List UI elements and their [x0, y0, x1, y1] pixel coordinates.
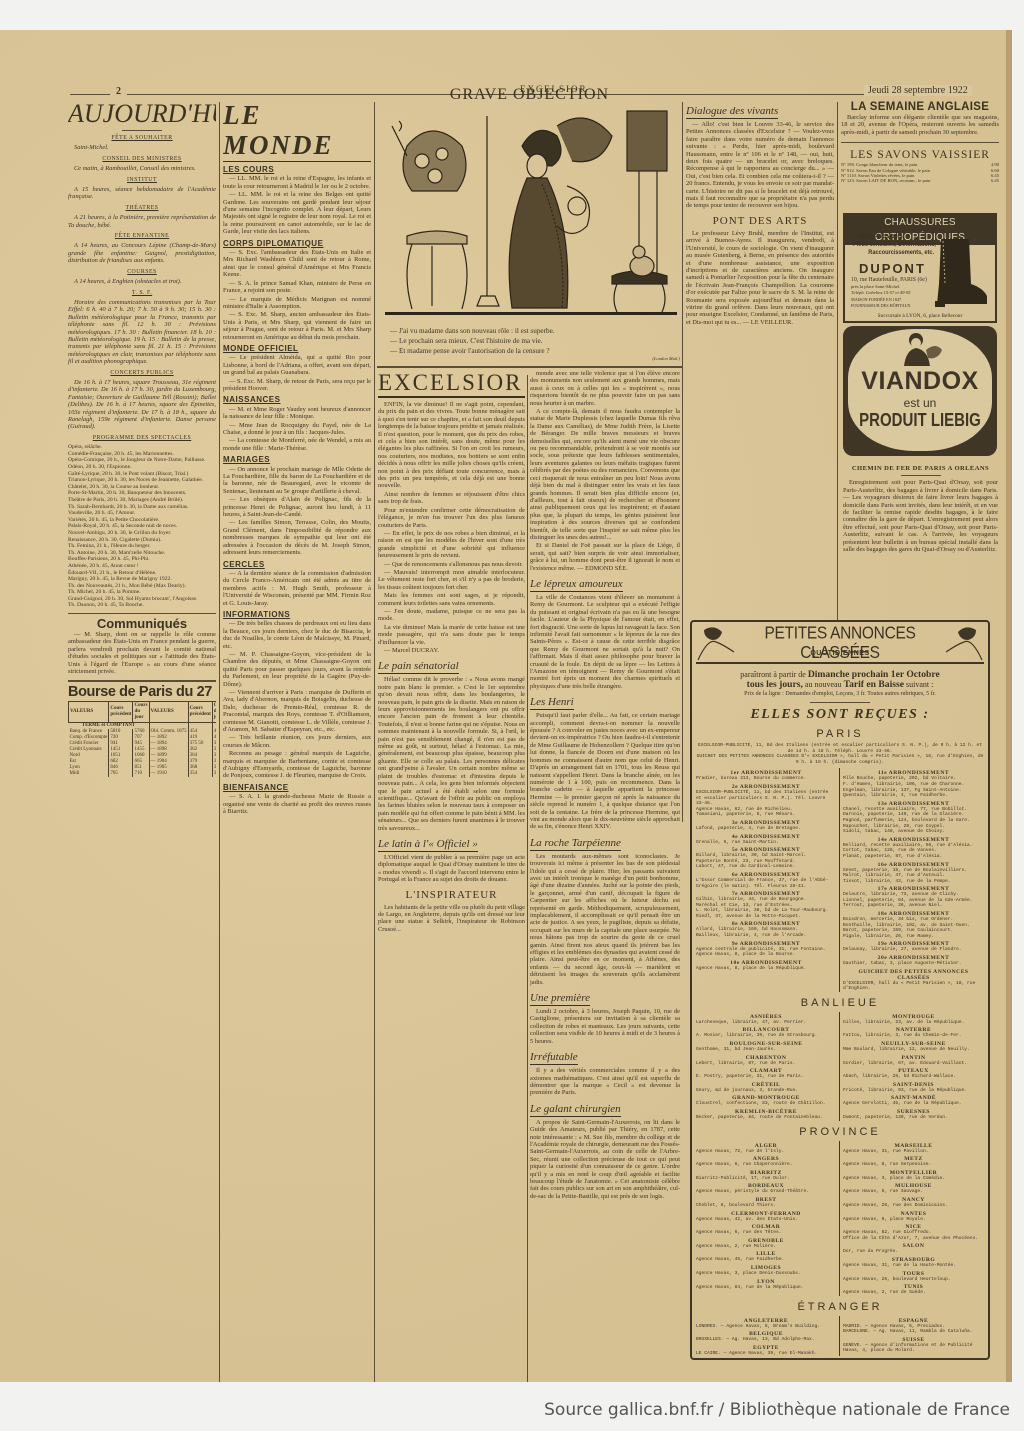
petites-annonces-box: PETITES ANNONCES CLASSÉES QUOTIDIENNES p…	[690, 620, 990, 1360]
news-paragraph: — S. A. I. la grande-duchesse Marie de R…	[223, 793, 371, 815]
article-henri-title: Les Henri	[530, 695, 574, 710]
excelsior-continuation: monde avec une telle violence que si l'o…	[530, 370, 680, 572]
chaussures-lines: Pour Pieds-bots, Pieds sensibles, Déform…	[853, 233, 936, 257]
notice-text: suivant :	[906, 680, 933, 689]
article-irrefutable-title: Irréfutable	[530, 1050, 578, 1065]
listing-entry: Bailleux, librairie, 4, rue de l'Arcade.	[696, 933, 836, 939]
viandox-ad: VIANDOX est un PRODUIT LIEBIG	[843, 326, 997, 456]
article-paragraph: La vie diminue! Mais la marée de cette b…	[378, 624, 525, 646]
section-heading: NAISSANCES	[223, 396, 371, 403]
bourse-row: Banq. de France58105760Obl. Comm. 187545…	[69, 729, 217, 735]
grave-objection-title: GRAVE OBJECTION	[377, 86, 682, 104]
news-paragraph: — S. Exc. l'ambassadeur des États-Unis e…	[223, 249, 371, 279]
news-paragraph: — Le président Alméida, qui a quitté Rio…	[223, 354, 371, 376]
section-heading: LES COURS	[223, 166, 371, 173]
bourse-column-header: Cours du jour	[133, 701, 149, 722]
article-dialogue-title: Dialogue des vivants	[686, 104, 778, 119]
savon-price: 6.45	[991, 178, 999, 183]
ornament-rule	[810, 702, 870, 703]
listing-entry: Tomasiani, papeterie, 8, rue Ménars.	[696, 812, 836, 818]
listing-entry: Planat, papeterie, 87, rue d'Alésia.	[843, 854, 984, 860]
spectacle-entry: Th. Femina, 21 h., l'Heure du berger.	[68, 543, 216, 550]
region-paris: PARIS	[696, 728, 984, 740]
article-irrefutable-text: Il y a des vérités commerciales comme il…	[530, 1067, 680, 1097]
boot-icon	[931, 237, 989, 307]
chef-figure-icon	[898, 330, 946, 366]
article-pain: Le pain sénatorialHélas! comme dit le pr…	[378, 655, 525, 832]
spectacle-entry: Édouard-VII, 21 h., le Retour d'Hélène.	[68, 570, 216, 577]
section-heading: INSTITUT	[68, 177, 216, 184]
section-heading: PROGRAMME DES SPECTACLES	[68, 435, 216, 442]
region-etranger: ÉTRANGER	[696, 1301, 984, 1313]
article-paragraph: Ainsi nombre de femmes se réjouissent d'…	[378, 491, 525, 506]
listing-entry: Cloustrel, confections, 83, route de Châ…	[696, 1101, 836, 1107]
lemonde-column: LE MONDE LES COURS— LL. MM. le roi et la…	[223, 100, 371, 1390]
lemonde-sections: LES COURS— LL. MM. le roi et la reine d'…	[223, 166, 371, 816]
article-paragraph: — J'en doute, madame, puisque ce ne sera…	[378, 608, 525, 623]
listing-entry: Quentain, librairie, 4, rue Faidherbe.	[843, 793, 984, 799]
article-paragraph: — Que de renoncements s'allonsnous pas n…	[378, 561, 525, 568]
communiques-title: Communiqués	[68, 616, 216, 631]
listing-entry: Fricoté, librairie, 93, rue de la Républ…	[843, 1088, 984, 1094]
news-paragraph: — A la dernière séance de la commission …	[223, 570, 371, 607]
listing-entry: A. Mosier, librairie, 39, rue de Strasbo…	[696, 1033, 836, 1039]
spectacle-entry: Vaudeville, 20 h. 45, l'Amour.	[68, 510, 216, 517]
listing-entry: Pagnod, parfumerie, 124, boulevard de la…	[843, 818, 984, 824]
listing-entry: L'Essor Commercial de France, 37, rue de…	[696, 878, 836, 889]
section-heading: CERCLES	[223, 561, 371, 568]
listing-entry: Agence Havas, 26, boulevard Heurteloup.	[843, 1277, 984, 1283]
news-paragraph: — S. Exc. M. Sharp, de retour de Paris, …	[223, 378, 371, 393]
section-heading: MONDE OFFICIEL	[223, 345, 371, 352]
paris-intro: EXCELSIOR-PUBLICITÉ, 11, Bd des Italiens…	[696, 743, 984, 765]
spectacle-entry: Gaîté-Lyrique, 20 h. 30, le Pont volant …	[68, 471, 216, 478]
news-paragraph: — Viennent d'arriver à Paris : marquise …	[223, 689, 371, 733]
listing-entry: Choblet, 8, boulevard Thiers.	[696, 1203, 836, 1209]
bourse-cell: 354	[188, 771, 212, 777]
spectacle-entry: Th. Sarah-Bernhardt, 20 h. 30, la Dame a…	[68, 504, 216, 511]
listing-entry: Agence Havas, 31, rue Pavillon.	[843, 1149, 984, 1155]
chemin-de-fer-title: CHEMIN DE FER DE PARIS A ORLÉANS	[843, 465, 998, 472]
excelsior-column-2: monde avec une telle violence que si l'o…	[530, 370, 680, 1385]
bourse-row: Crédit Lyonnais14511455— 1898362360	[69, 747, 217, 753]
spectacle-entry: Th. Michel, 20 h. 45, la Pomme.	[68, 589, 216, 596]
viandox-brand: VIANDOX	[843, 368, 997, 395]
spectacle-entry: Odéon, 20 h. 30, l'Espionne.	[68, 464, 216, 471]
bourse-cell: — 1910	[149, 771, 188, 777]
spectacle-entry: Th. des Nouveautés, 21 h., Mon Bébé (Max…	[68, 583, 216, 590]
bourse-column-header: Cours du jour	[212, 701, 216, 722]
cartoon-illustration	[377, 106, 682, 321]
bourse-cell: 354 50	[212, 771, 216, 777]
news-paragraph: — M. P. Chassaigne-Goyon, vice-président…	[223, 651, 371, 688]
section-text: De 16 h. à 17 heures, square Trousseau, …	[68, 379, 216, 431]
listing-entry: Terrout, papeterie, 36, avenue Niel.	[843, 903, 984, 909]
listing-entry: Agence Havas, 6, place Royale.	[843, 1217, 984, 1223]
listing-entry: Agence Havas, 6, rue Chaperonnière.	[696, 1162, 836, 1168]
section-heading: COURSES	[68, 269, 216, 276]
viandox-tag: PRODUIT LIEBIG	[843, 410, 997, 430]
petites-annonces-header: PETITES ANNONCES CLASSÉES QUOTIDIENNES	[696, 622, 984, 664]
tarif-prices: Prix de la ligne : Demandes d'emploi, Le…	[696, 690, 984, 698]
listing-entry: Gilles, librairie, 23, av. de la Républi…	[843, 1020, 984, 1026]
bourse-column-header: VALEURS	[69, 701, 109, 722]
listing-entry: Agence Havas, 31, rue de la Haute-Montée…	[843, 1263, 984, 1269]
caption-line: — J'ai vu madame dans son nouveau rôle :…	[390, 326, 680, 336]
column-divider	[837, 102, 838, 622]
lemonde-title: LE MONDE	[223, 100, 371, 162]
article-paragraph: — En effet, le prix de nos robes a bien …	[378, 530, 525, 560]
article-pain-text: Hélas! comme dit le proverbe : « Nous av…	[378, 676, 525, 832]
listing-entry: Agence Havas, péristyle du Grand-Théâtre…	[696, 1189, 836, 1195]
caption-line: — Le prochain sera mieux. C'est l'histoi…	[390, 336, 680, 346]
ornament-rule	[122, 130, 162, 131]
listing-entry: Geury, md de journaux, 3, Grande-Rue.	[696, 1088, 836, 1094]
article-paragraph: — Marcel DUCRAY.	[378, 647, 525, 654]
news-paragraph: — M. et Mme Roger Vaudey sont heureux d'…	[223, 406, 371, 421]
section-heading: T. S. F.	[68, 290, 216, 297]
bourse-cell: Obl. Comm. 1875	[149, 729, 188, 735]
news-paragraph: — Les obsèques d'Alain de Polignac, fils…	[223, 496, 371, 518]
article-chirurgien-title: Le galant chirurgien	[530, 1102, 621, 1117]
news-paragraph: — S. A. le prince Samad Khan, ministre d…	[223, 280, 371, 295]
article-paragraph: Et si Daniel de Foë passait sur la place…	[530, 542, 680, 572]
article-pont-des-arts-title: PONT DES ARTS	[686, 214, 834, 228]
listing-column: ANGLETERRELONDRES. — Agence Havas, 6, Br…	[696, 1316, 840, 1357]
listing-column: ESPAGNEMADRID. — Agence Havas, 5, Precia…	[840, 1316, 984, 1357]
spectacles-list: Opéra, relâche.Comédie-Française, 20 h. …	[68, 444, 216, 609]
article-paragraph: monde avec une telle violence que si l'o…	[530, 370, 680, 407]
news-paragraph: — La comtesse de Montferré, née de Wende…	[223, 437, 371, 452]
section-heading: BIENFAISANCE	[223, 784, 371, 791]
chemin-de-fer-text: Enregistrement soit pour Paris-Quai d'Or…	[843, 479, 998, 553]
listing-entry: Dumont, papeterie, 139, rue de Verdun.	[843, 1115, 984, 1121]
listing-entry: LONDRES. — Agence Havas, 6, Bream's Buil…	[696, 1324, 836, 1330]
listing-entry: Agence Havas, 45, rue Faidherbe.	[696, 1257, 836, 1263]
article-inspirateur: L'INSPIRATEURLes habitants de la petite …	[378, 888, 525, 934]
listing-entry: Larcheveque, librairie, 47, av. Perrier.	[696, 1020, 836, 1026]
bourse-table: VALEURSCours précédentCours du jourVALEU…	[68, 701, 216, 777]
article-officiel: Le latin à l'« Officiel »L'Officiel vien…	[378, 833, 525, 884]
column-divider	[374, 102, 375, 1382]
article-premiere: Une premièreLundi 2 octobre, à 3 heures,…	[530, 987, 680, 1045]
news-paragraph: — LL. MM. le roi et la reine d'Espagne, …	[223, 175, 371, 190]
listing-entry: EXCELSIOR-PUBLICITÉ, 11, bd des Italiens…	[696, 790, 836, 807]
article-tarpeienne-text: Les moutards aux-mêmes sont iconoclastes…	[530, 853, 680, 986]
excelsior-article: ENFIN, la vie diminue! Il ne s'agit poin…	[378, 401, 525, 654]
spectacle-entry: Trianon-Lyrique, 20 h. 30, les Noces de …	[68, 477, 216, 484]
savons-title: LES SAVONS VAISSIER	[841, 149, 999, 162]
listing-column: MARSEILLEAgence Havas, 31, rue Pavillon.…	[840, 1141, 984, 1296]
section-rule	[377, 366, 682, 368]
news-paragraph: — LL. MM. le roi et la reine des Belges …	[223, 191, 371, 235]
listing-column: ASNIÈRESLarcheveque, librairie, 47, av. …	[696, 1012, 840, 1121]
aujourdhui-sections: FÊTE A SOUHAITERSaint-Michel.CONSEIL DES…	[68, 135, 216, 442]
notice-tarif: Tarif en Baisse	[844, 679, 904, 690]
listing-column: 11e ARRONDISSEMENTMlle Bouche, papeterie…	[840, 768, 984, 991]
spectacle-entry: Marigny, 20 h. 45, la Revue de Marigny 1…	[68, 576, 216, 583]
section-text: A 15 heures, séance hebdomadaire de l'Ac…	[68, 186, 216, 201]
listing-entry: Mme Boulard, librairie, 12, avenue de Ne…	[843, 1047, 984, 1053]
news-paragraph: — Le marquis de Médicis Marignan est nom…	[223, 296, 371, 311]
spectacle-entry: Opéra, relâche.	[68, 444, 216, 451]
section-heading: CONCERTS PUBLICS	[68, 370, 216, 377]
section-text: A 14 heures, à Enghien (obstacles et tro…	[68, 278, 216, 285]
listing-entry: GENÈVE. — Agence d'informations et de Pu…	[843, 1343, 984, 1354]
listing-entry: BARCELONE. — Ag. Havas, 11, Rambla de Ca…	[843, 1329, 984, 1335]
listing-entry: Agence Havas, 2, rue de Suède.	[843, 1290, 984, 1296]
spectacle-entry: Théâtre de Paris, 20 h. 30, Mariages (An…	[68, 497, 216, 504]
cartoon-captions: — J'ai vu madame dans son nouveau rôle :…	[390, 326, 680, 361]
aujourdhui-column: AUJOURD'HUI FÊTE A SOUHAITERSaint-Michel…	[68, 100, 216, 1390]
savons-price-list: Nº 198. Congo blancheur du teint, le pai…	[841, 162, 999, 184]
region-banlieue: BANLIEUE	[696, 997, 984, 1009]
listing-entry: Abach, librairie, 28, bd Richard-Wallace…	[843, 1074, 984, 1080]
spectacle-entry: Comédie-Française, 20 h. 45, les Marionn…	[68, 451, 216, 458]
listing-entry: Agence Havas, 28, rue des Dominicains.	[843, 1203, 984, 1209]
article-dialogue: Dialogue des vivants— Allo! c'est bien l…	[686, 100, 834, 210]
listing-heading: GUICHET DES PETITES ANNONCES CLASSÉES	[843, 969, 984, 981]
notice-text: paraîtront à partir de	[740, 670, 806, 679]
listing-entry: Agence Havas, 3, place Denis-Dussoubs.	[696, 1271, 836, 1277]
section-heading: FÊTE ENFANTINE	[68, 233, 216, 240]
bourse-title: Bourse de Paris du 27 septembre	[68, 684, 216, 701]
section-text: A 14 heures, au Concours Lépine (Champ-d…	[68, 242, 216, 264]
spectacle-entry: Châtelet, 20 h. 30, la Course au bonheur…	[68, 484, 216, 491]
article-lepreux-title: Le lépreux amoureux	[530, 577, 623, 592]
spectacle-entry: Athénée, 20 h. 45, Atout cœur !	[68, 563, 216, 570]
news-paragraph: — De très belles chasses de perdreaux on…	[223, 620, 371, 650]
source-credit: Source gallica.bnf.fr / Bibliothèque nat…	[544, 1400, 1010, 1420]
spectacle-entry: Opéra-Comique, 20 h., le Jongleur de Not…	[68, 457, 216, 464]
bourse-column-header: Cours précédent	[109, 701, 133, 722]
listing-entry: Delaunay, librairie, 27, avenue de Fland…	[843, 947, 984, 953]
listing-entry: Agence Havas, 42, av. des États-Unis.	[696, 1217, 836, 1223]
section-rule	[841, 142, 999, 143]
listing-entry: Fattou, librairie, 3, rue du Chemin-de-F…	[843, 1033, 984, 1039]
paris-listings: 1er ARRONDISSEMENTPradier, bureau 313, B…	[696, 768, 984, 991]
news-paragraph: — Les familles Simon, Terrasse, Colin, d…	[223, 519, 371, 556]
section-heading: MARIAGES	[223, 456, 371, 463]
tarif-notice: paraîtront à partir de Dimanche prochain…	[696, 670, 984, 690]
article-paragraph: Mais les femmes ont sont sages, si je ré…	[378, 592, 525, 607]
listing-entry: Agence Havas, 2, rue Molière.	[696, 1244, 836, 1250]
news-paragraph: — Très brillante réunion, ces jours dern…	[223, 734, 371, 749]
savon-label: Nº 123. Savon LAIT DE BON, recomm., le p…	[841, 178, 930, 183]
listing-entry: Agence Gervlotti, 45, rue de la Républiq…	[843, 1101, 984, 1107]
article-officiel-text: L'Officiel vient de publier à sa premièr…	[378, 854, 525, 884]
ornament-rule	[901, 475, 941, 476]
region-province: PROVINCE	[696, 1126, 984, 1138]
listing-entry: Agence Havas, 84, rue de la République.	[696, 1285, 836, 1291]
listing-entry: Agence Havas, 8, rue Serpenoise.	[843, 1162, 984, 1168]
article-chirurgien: Le galant chirurgienA propos de Saint-Ge…	[530, 1098, 680, 1200]
bourse-cell: 710	[133, 771, 149, 777]
listing-entry: Agence Havas, 6, rue Sauvage.	[843, 1189, 984, 1195]
listing-entry: Agence Havas, 6, rue des Têtes.	[696, 1230, 836, 1236]
article-paragraph: ENFIN, la vie diminue! Il ne s'agit poin…	[378, 401, 525, 490]
chaussures-ad: CHAUSSURES ORTHOPÉDIQUES Pour Pieds-bots…	[843, 213, 997, 323]
column-divider	[219, 102, 220, 1382]
bourse-row: Midi705710— 1910354354 50	[69, 771, 217, 777]
bourse-cell: Midi	[69, 771, 109, 777]
spectacle-entry: Nouvel-Ambigu, 20 h. 30, le Grillon du f…	[68, 530, 216, 537]
listing-entry: Becker, papeterie, 84, route de Fontaine…	[696, 1115, 836, 1121]
communiques-text: — M. Sharp, dont on se rappelle le rôle …	[68, 631, 216, 675]
aujourdhui-title: AUJOURD'HUI	[68, 100, 216, 128]
listing-column: 1er ARRONDISSEMENTPradier, bureau 313, B…	[696, 768, 840, 991]
ads-column: LA SEMAINE ANGLAISE Barclay informe son …	[841, 100, 999, 184]
listing-entry: Gordier, librairie, 67, av. Édouard-Vail…	[843, 1061, 984, 1067]
listing-entry: Biarritz-Publicité, 17, rue Dulor.	[696, 1176, 836, 1182]
listing-entry: E. Postry, papeterie, 31, rue de Paris.	[696, 1074, 836, 1080]
article-chirurgien-text: A propos de Saint-Germain-l'Auxerrois, o…	[530, 1119, 680, 1200]
listing-entry: Pigale, librairie, 26, rue Ramey.	[843, 934, 984, 940]
semaine-anglaise-text: Barclay informe son élégante clientèle q…	[841, 114, 999, 136]
elles-sont-recues: ELLES SONT REÇUES :	[696, 707, 984, 723]
spectacle-entry: Grand-Guignol, 20 h. 30, Sol Hyams broca…	[68, 596, 216, 603]
listing-entry: Labort, 47, rue du Cardinal-Lemoine.	[696, 864, 836, 870]
semaine-anglaise-title: LA SEMAINE ANGLAISE	[841, 100, 999, 114]
page-number: 2	[110, 86, 127, 97]
chaussures-line: Pieds sensibles, Déformations,	[853, 241, 936, 249]
article-henri: Les HenriPuisqu'il faut parler d'elle...…	[530, 691, 680, 831]
listing-entry: Riedl, 37, avenue de la Motte-Picquet.	[696, 914, 836, 920]
listing-entry: Agence Havas, 8, place de la République.	[696, 966, 836, 972]
bourse-cell: Comp. d'Escompte	[69, 735, 109, 741]
chemin-de-fer-notice: CHEMIN DE FER DE PARIS A ORLÉANS Enregis…	[843, 465, 998, 615]
spectacle-entry: Renaissance, 20 h. 30, Cigalette (Dumia)…	[68, 537, 216, 544]
column-divider	[682, 102, 683, 822]
article-lepreux: Le lépreux amoureuxLa ville de Coutances…	[530, 573, 680, 690]
article-premiere-title: Une première	[530, 991, 590, 1006]
section-heading: INFORMATIONS	[223, 611, 371, 618]
paris-intro-line: GUICHET DES PETITES ANNONCES CLASSÉES D'…	[696, 754, 984, 765]
listing-entry: Tissot, librairie, 43, rue de la Pompe.	[843, 879, 984, 885]
article-tarpeienne: La roche TarpéienneLes moutards aux-même…	[530, 832, 680, 986]
article-premiere-text: Lundi 2 octobre, à 3 heures, Joseph Paqu…	[530, 1008, 680, 1045]
listing-entry: Office de la Côte d'Azur, 7, avenue des …	[843, 1236, 984, 1242]
spectacle-entry: Bouffes-Parisiens, 20 h. 45, Phi-Phi.	[68, 556, 216, 563]
paris-intro-line: EXCELSIOR-PUBLICITÉ, 11, Bd des Italiens…	[696, 743, 984, 754]
article-henri-text: Puisqu'il faut parler d'elle... Au fait,…	[530, 712, 680, 831]
listing-entry: Grenalle, 5, rue Saint-Martin.	[696, 840, 836, 846]
notice-daily: tous les jours,	[747, 679, 803, 690]
listing-entry: Agence Havas, 3, place de la Comédie.	[843, 1176, 984, 1182]
chaussures-line: Raccourcissements, etc.	[853, 249, 936, 257]
article-pont-des-arts-text: Le professeur Lévy Bruhl, membre de l'In…	[686, 230, 834, 326]
article-lepreux-text: La ville de Coutances vient d'élever un …	[530, 594, 680, 690]
section-heading: CONSEIL DES MINISTRES	[68, 156, 216, 163]
listing-entry: Pradier, bureau 313, Bourse du commerce.	[696, 776, 836, 782]
section-heading: THÉATRES	[68, 205, 216, 212]
listing-entry: LE CAIRE. — Agence Havas, 39, rue El-Man…	[696, 1351, 836, 1357]
chaussures-line: Pour Pieds-bots,	[853, 233, 936, 241]
column-divider	[527, 375, 528, 1382]
article-officiel-title: Le latin à l'« Officiel »	[378, 837, 478, 852]
listing-column: MONTROUGEGilles, librairie, 23, av. de l…	[840, 1012, 984, 1121]
dateline: Jeudi 28 septembre 1922	[864, 85, 972, 96]
article-paragraph: Pour m'entendre confirmer cette démocrat…	[378, 507, 525, 529]
bourse-column-header: Cours précédent	[188, 701, 212, 722]
section-text: Ce matin, à Rambouillet, Conseil des min…	[68, 165, 216, 172]
section-text: A 21 heures, à la Potinière, première re…	[68, 214, 216, 229]
source-footer: Source gallica.bnf.fr / Bibliothèque nat…	[0, 1385, 1024, 1431]
excelsior-column: EXCELSIOR ENFIN, la vie diminue! Il ne s…	[378, 370, 525, 1385]
article-paragraph: A ce compte-là, demain il nous faudra co…	[530, 408, 680, 541]
section-heading: CORPS DIPLOMATIQUE	[223, 240, 371, 247]
article-paragraph: — Mauvais! interrompit mon aimable inter…	[378, 569, 525, 591]
listing-entry: Dor, rue du Progrès.	[843, 1249, 984, 1255]
spectacle-entry: Porte-St-Martin, 20 h. 30, Banqueteur de…	[68, 490, 216, 497]
province-listings: ALGERAgence Havas, 72, rue de l'Isly.ANG…	[696, 1141, 984, 1296]
news-paragraph: — S. Exc. M. Sharp, ancien ambassadeur d…	[223, 311, 371, 341]
listing-entry: F. d'Humes, librairie, 106, rue de Charo…	[843, 782, 984, 788]
listing-entry: Lebert, librairie, 87, rue de Paris.	[696, 1061, 836, 1067]
section-rule	[68, 680, 216, 682]
article-inspirateur-title: L'INSPIRATEUR	[378, 888, 525, 902]
spectacle-entry: Variétés, 20 h. 45, la Petite Chocolatiè…	[68, 517, 216, 524]
newspaper-page: 2 EXCELSIOR Jeudi 28 septembre 1922 AUJO…	[0, 30, 1012, 1382]
article-irrefutable: IrréfutableIl y a des vérités commercial…	[530, 1046, 680, 1097]
listing-entry: Lafond, papeterie, 4, rue de Bretagne.	[696, 826, 836, 832]
article-pont-des-arts: PONT DES ARTSLe professeur Lévy Bruhl, m…	[686, 214, 834, 326]
caption-line: — Et madame pense avoir l'autorisation d…	[390, 346, 680, 356]
listing-entry: BRUXELLES. — Ag. Havas, 13, Bd Adolphe-M…	[696, 1337, 836, 1343]
news-paragraph: — On annonce le prochain mariage de Mlle…	[223, 466, 371, 496]
listing-entry: Gauthier, tabac, 3, place Auguste-Métivi…	[843, 961, 984, 967]
listing-entry: Agence Havas, 72, rue de l'Isly.	[696, 1149, 836, 1155]
listing-entry: Sidoli, tabac, 148, avenue de Choisy.	[843, 829, 984, 835]
listing-entry: D'EXCELSIOR, hall du « Petit Parisien »,…	[843, 981, 984, 992]
excelsior-title: EXCELSIOR	[378, 370, 525, 398]
article-tarpeienne-title: La roche Tarpéienne	[530, 836, 621, 851]
viandox-middle: est un	[843, 396, 997, 410]
spectacle-entry: Th. Daunou, 20 h. 45, Ta Bouche.	[68, 602, 216, 609]
petites-annonces-subtitle: QUOTIDIENNES	[696, 650, 984, 657]
chaussures-branch: Succursale à LYON, 6, place Bellecour	[845, 313, 995, 319]
dupont-brand: DUPONT	[859, 261, 926, 276]
news-paragraph: Reconnu au pesage : général marquis de L…	[223, 750, 371, 780]
banlieue-listings: ASNIÈRESLarcheveque, librairie, 47, av. …	[696, 1012, 984, 1121]
spectacle-entry: Palais-Royal, 20 h. 45, la Seconde nuit …	[68, 523, 216, 530]
savon-item: Nº 123. Savon LAIT DE BON, recomm., le p…	[841, 178, 999, 183]
article-pain-title: Le pain sénatorial	[378, 659, 459, 674]
listing-entry: Agence Havas, 8, place de la Bourse.	[696, 952, 836, 958]
section-heading: FÊTE A SOUHAITER	[68, 135, 216, 142]
section-text: Saint-Michel.	[68, 144, 216, 151]
section-rule	[68, 613, 216, 614]
listing-entry: Genthome, 31, bd Jean-Jaurès.	[696, 1047, 836, 1053]
notice-text: au nouveau	[805, 680, 842, 689]
bourse-column-header: VALEURS	[149, 701, 188, 722]
news-paragraph: — Mme Jean de Rocquigny du Fayel, née de…	[223, 422, 371, 437]
article-inspirateur-text: Les habitants de la petite ville ou plut…	[378, 904, 525, 934]
section-text: Horaire des communications transmises pa…	[68, 299, 216, 366]
etranger-listings: ANGLETERRELONDRES. — Agence Havas, 6, Br…	[696, 1316, 984, 1357]
dialogue-column: Dialogue des vivants— Allo! c'est bien l…	[686, 100, 834, 610]
bourse-cell: 705	[109, 771, 133, 777]
caption-credit: (London Mail.)	[390, 356, 680, 361]
listing-column: ALGERAgence Havas, 72, rue de l'Isly.ANG…	[696, 1141, 840, 1296]
article-dialogue-text: — Allo! c'est bien le Louvre 33-46, le s…	[686, 121, 834, 210]
